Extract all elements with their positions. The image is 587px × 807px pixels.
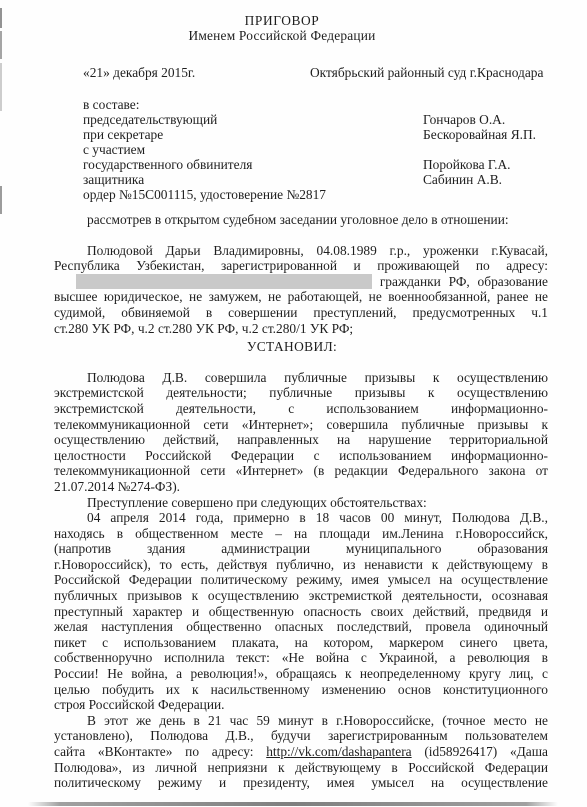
body-line: В этот же день в 21 час 59 минут в г.Нов… [54,713,548,729]
body-paragraph: Полюдова Д.В. совершила публичные призыв… [54,370,548,495]
body-line: судимой, обвиняемой в совершении преступ… [54,305,548,321]
body-line: ст.280 УК РФ, ч.2 ст.280 УК РФ, ч.2 ст.2… [54,321,548,337]
redaction-box [76,274,372,289]
role-label: государственного обвинителя [83,157,252,172]
body-line: Полюдова Д.В. совершила публичные призыв… [54,370,548,386]
role-label: в составе: [83,97,139,112]
body-line: гражданки РФ, образование [54,274,548,290]
scan-edge-artifact [0,8,2,28]
composition-row: ордер №15С001115, удостоверение №2817 [83,187,548,202]
scanned-court-document-page: ПРИГОВОР Именем Российской Федерации «21… [0,0,587,807]
body-line: г.Новороссийск), то есть, действуя публи… [54,557,548,573]
body-line: экстремистской деятельности, с использов… [54,401,548,417]
body-paragraph: Полюдовой Дарьи Владимировны, 04.08.1989… [54,243,548,337]
scan-edge-artifact [0,186,2,214]
composition-row: защитникаСабинин А.В. [83,172,548,187]
document-content: ПРИГОВОР Именем Российской Федерации «21… [54,0,548,791]
body-line: пикет с использованием плаката, на котор… [54,635,548,651]
body-line: целостности Российской Федерации с испол… [54,448,548,464]
body-line: публичных призывов к осуществлению экстр… [54,588,548,604]
section-heading: УСТАНОВИЛ: [45,339,539,355]
body-line: установлено), Полюдова Д.В., будучи заре… [54,728,548,744]
body-line: Полюдовой Дарьи Владимировны, 04.08.1989… [54,243,548,259]
scan-bottom-shadow-artifact [28,802,558,806]
body-line: высшее юридическое, не замужем, не работ… [54,289,548,305]
composition-block: в составе:председательствующийГончаров О… [83,97,548,202]
scan-edge-artifact [0,63,2,111]
composition-row: при секретареБескоровайная Я.П. [83,127,548,142]
title-block: ПРИГОВОР Именем Российской Федерации [35,13,529,43]
body-line: телекоммуникационной сети «Интернет»; со… [54,417,548,433]
body-line: целью побудить их к насильственному изме… [54,682,548,698]
role-label: при секретаре [83,127,163,142]
body-line: осуществлению действий, направленных на … [54,432,548,448]
role-label: защитника [83,172,144,187]
composition-row: в составе: [83,97,548,112]
line-text: (id58926417) «Даша [412,744,548,759]
scan-edge-artifact [0,31,2,59]
composition-row: государственного обвинителяПоройкова Г.А… [83,157,548,172]
composition-row: председательствующийГончаров О.А. [83,112,548,127]
body-line: находясь в общественном месте – на площа… [54,526,548,542]
court-name: Октябрьский районный суд г.Краснодара [310,65,543,80]
role-label: с участием [83,142,145,157]
intro-line: рассмотрев в открытом судебном заседании… [54,212,548,228]
verdict-date: «21» декабря 2015г. [83,65,195,80]
date-court-row: «21» декабря 2015г. Октябрьский районный… [54,65,548,80]
document-title: ПРИГОВОР [35,13,529,28]
vk-profile-link: http://vk.com/dashapantera [266,744,411,759]
document-subtitle: Именем Российской Федерации [35,28,529,43]
person-name: Гончаров О.А. [423,112,505,127]
body-line: России! Не война, а революция!», обращая… [54,666,548,682]
body-line: 04 апреля 2014 года, примерно в 18 часов… [54,510,548,526]
body-line: собственноручно исполнила текст: «Не вой… [54,650,548,666]
body-line: сайта «ВКонтакте» по адресу: http://vk.c… [54,744,548,760]
body-paragraph: Преступление совершено при следующих обс… [54,495,548,511]
body-paragraph: 04 апреля 2014 года, примерно в 18 часов… [54,510,548,713]
body-line: строя Российской Федерации. [54,697,548,713]
person-name: Поройкова Г.А. [423,157,510,172]
body-line: преступный характер и общественную опасн… [54,604,548,620]
body-line: Полюдова», из личной неприязни к действу… [54,760,548,776]
body-line: Преступление совершено при следующих обс… [54,495,548,511]
body-line: Российской Федерации политическому режим… [54,572,548,588]
role-label: ордер №15С001115, удостоверение №2817 [83,187,326,202]
body-line: желая наступления общественно опасных по… [54,619,548,635]
body-line: 21.07.2014 №274-ФЗ). [54,479,548,495]
composition-row: с участием [83,142,548,157]
line-text: сайта «ВКонтакте» по адресу: [54,744,266,759]
person-name: Сабинин А.В. [423,172,502,187]
body-line: экстремистской деятельности; публичные п… [54,385,548,401]
body-line: телекоммуникационной сети «Интернет» (в … [54,463,548,479]
body-paragraph: В этот же день в 21 час 59 минут в г.Нов… [54,713,548,791]
body-paragraphs: Полюдовой Дарьи Владимировны, 04.08.1989… [54,243,548,791]
person-name: Бескоровайная Я.П. [423,127,536,142]
body-line: политическому режиму и президенту, имея … [54,775,548,791]
role-label: председательствующий [83,112,217,127]
body-line: (напротив здания администрации муниципал… [54,541,548,557]
body-line: Республика Узбекистан, зарегистрированно… [54,258,548,274]
